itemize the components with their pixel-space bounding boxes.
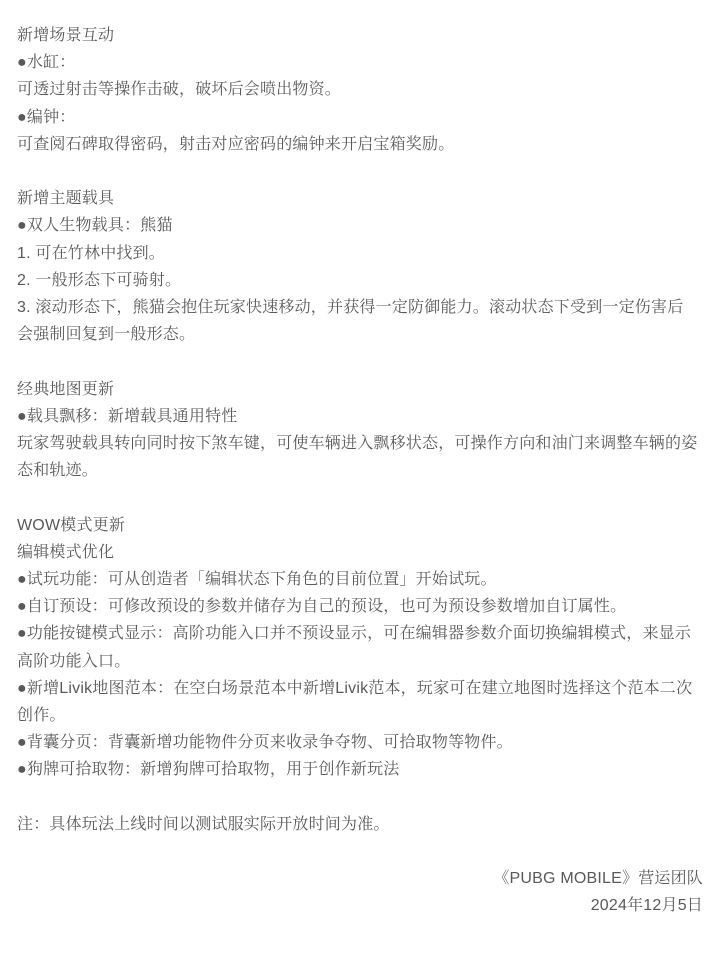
bullet-item: ●载具飘移：新增载具通用特性 (17, 403, 703, 430)
numbered-item: 2. 一般形态下可骑射。 (17, 267, 703, 294)
paragraph-line: 高阶功能入口。 (17, 648, 703, 675)
note-line: 注：具体玩法上线时间以测试服实际开放时间为准。 (17, 811, 703, 838)
section-title: 经典地图更新 (17, 376, 703, 403)
section-note: 注：具体玩法上线时间以测试服实际开放时间为准。 (17, 811, 703, 838)
paragraph-line: 创作。 (17, 702, 703, 729)
section-scene-interaction: 新增场景互动 ●水缸： 可透过射击等操作击破，破坏后会喷出物资。 ●编钟： 可查… (17, 22, 703, 158)
section-title: WOW模式更新 (17, 512, 703, 539)
signature-block: 《PUBG MOBILE》营运团队 2024年12月5日 (17, 865, 703, 919)
bullet-item: ●背囊分页：背囊新增功能物件分页来收录争夺物、可拾取物等物件。 (17, 729, 703, 756)
bullet-item: ●狗牌可拾取物：新增狗牌可拾取物，用于创作新玩法 (17, 756, 703, 783)
paragraph-line: 可查阅石碑取得密码，射击对应密码的编钟来开启宝箱奖励。 (17, 131, 703, 158)
bullet-item: ●自订预设：可修改预设的参数并储存为自己的预设，也可为预设参数增加自订属性。 (17, 593, 703, 620)
signature-date: 2024年12月5日 (17, 892, 703, 919)
signature-team: 《PUBG MOBILE》营运团队 (17, 865, 703, 892)
bullet-item: ●试玩功能：可从创造者「编辑状态下角色的目前位置」开始试玩。 (17, 566, 703, 593)
section-classic-map: 经典地图更新 ●载具飘移：新增载具通用特性 玩家驾驶载具转向同时按下煞车键，可使… (17, 376, 703, 485)
paragraph-line: 会强制回复到一般形态。 (17, 321, 703, 348)
section-theme-vehicle: 新增主题载具 ●双人生物载具：熊猫 1. 可在竹林中找到。 2. 一般形态下可骑… (17, 185, 703, 348)
paragraph-line: 态和轨迹。 (17, 457, 703, 484)
section-wow-mode: WOW模式更新 编辑模式优化 ●试玩功能：可从创造者「编辑状态下角色的目前位置」… (17, 512, 703, 784)
update-notes-document: 新增场景互动 ●水缸： 可透过射击等操作击破，破坏后会喷出物资。 ●编钟： 可查… (0, 0, 720, 920)
section-title: 新增主题载具 (17, 185, 703, 212)
bullet-item: ●新增Livik地图范本：在空白场景范本中新增Livik范本，玩家可在建立地图时… (17, 675, 703, 702)
section-title: 新增场景互动 (17, 22, 703, 49)
bullet-item: ●双人生物载具：熊猫 (17, 212, 703, 239)
paragraph-line: 可透过射击等操作击破，破坏后会喷出物资。 (17, 76, 703, 103)
bullet-item: ●编钟： (17, 104, 703, 131)
numbered-item: 3. 滚动形态下，熊猫会抱住玩家快速移动，并获得一定防御能力。滚动状态下受到一定… (17, 294, 703, 321)
paragraph-line: 玩家驾驶载具转向同时按下煞车键，可使车辆进入飘移状态，可操作方向和油门来调整车辆… (17, 430, 703, 457)
bullet-item: ●功能按键模式显示：高阶功能入口并不预设显示，可在编辑器参数介面切换编辑模式，来… (17, 620, 703, 647)
numbered-item: 1. 可在竹林中找到。 (17, 240, 703, 267)
bullet-item: ●水缸： (17, 49, 703, 76)
section-subtitle: 编辑模式优化 (17, 539, 703, 566)
